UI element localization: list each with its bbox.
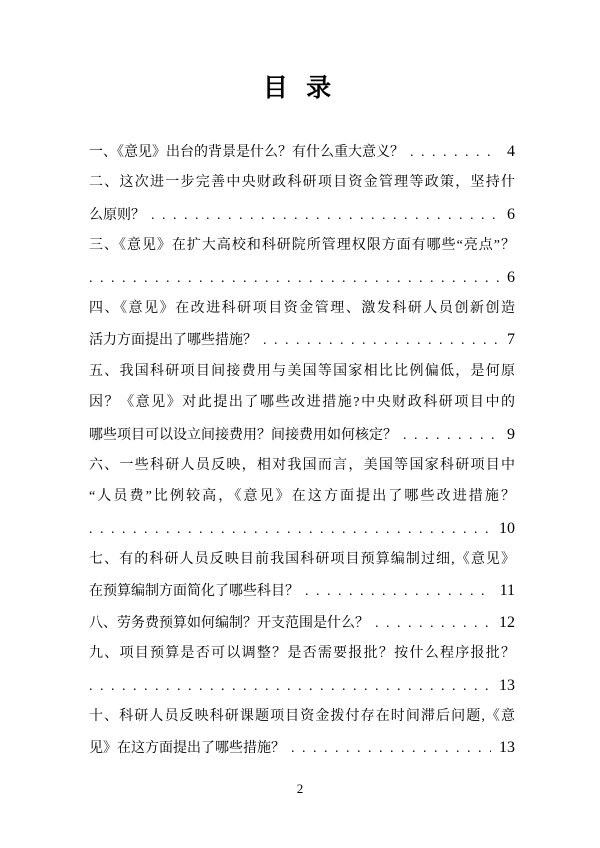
toc-line-text: 么原则？ bbox=[89, 200, 145, 230]
page-number: 12 bbox=[499, 607, 515, 638]
toc-line-text: 八、劳务费预算如何编制？开支范围是什么？ bbox=[89, 608, 369, 638]
dot-leader: . . . . . . . . . . . . . . . . . . . . … bbox=[263, 325, 499, 355]
toc-line-text: 九、项目预算是否可以调整？是否需要报批？按什么程序报批？ bbox=[89, 638, 515, 669]
toc-line: 四、《意见》在改进科研项目资金管理、激发科研人员创新创造 bbox=[89, 293, 515, 324]
toc-line: . . . . . . . . . . . . . . . . . . . . … bbox=[89, 513, 515, 544]
dot-leader: . . . . . . . . . . . . . . . . . . . . … bbox=[291, 733, 491, 763]
dot-leader: . . . . . . . . . . . . . . . . . . . . … bbox=[89, 514, 491, 544]
toc-line: 五、我国科研项目间接费用与美国等国家相比比例偏低，是何原 bbox=[89, 356, 515, 387]
page-number: 11 bbox=[500, 575, 515, 606]
toc-line-text: 一、《意见》出台的背景是什么？有什么重大意义？ bbox=[89, 137, 404, 167]
toc-line-text: 七、有的科研人员反映目前我国科研项目预算编制过细,《意见》 bbox=[89, 544, 515, 575]
toc-title: 目 录 bbox=[0, 68, 600, 104]
toc-line-text: 见》在这方面提出了哪些措施？ bbox=[89, 733, 285, 763]
toc-line-text: 二、这次进一步完善中央财政科研项目资金管理等政策，坚持什 bbox=[89, 167, 515, 198]
toc-line: 三、《意见》在扩大高校和科研院所管理权限方面有哪些“亮点”？ bbox=[89, 230, 515, 261]
table-of-contents: 一、《意见》出台的背景是什么？有什么重大意义？ . . . . . . . . … bbox=[89, 136, 515, 764]
document-page: 目 录 一、《意见》出台的背景是什么？有什么重大意义？ . . . . . . … bbox=[0, 0, 600, 848]
dot-leader: . . . . . . . . . . . . . . . . . . . . … bbox=[305, 576, 492, 606]
toc-line: 一、《意见》出台的背景是什么？有什么重大意义？ . . . . . . . . … bbox=[89, 136, 515, 167]
toc-line-text: 哪些项目可以设立间接费用？间接费用如何核定？ bbox=[89, 420, 397, 450]
toc-line: 么原则？ . . . . . . . . . . . . . . . . . .… bbox=[89, 199, 515, 230]
toc-line: 八、劳务费预算如何编制？开支范围是什么？ . . . . . . . . . .… bbox=[89, 607, 515, 638]
toc-line: 七、有的科研人员反映目前我国科研项目预算编制过细,《意见》 bbox=[89, 544, 515, 575]
dot-leader: . . . . . . . . . . . . . . . . . . . . … bbox=[89, 263, 499, 293]
toc-line: 在预算编制方面简化了哪些科目？ . . . . . . . . . . . . … bbox=[89, 575, 515, 606]
toc-line-text: 三、《意见》在扩大高校和科研院所管理权限方面有哪些“亮点”？ bbox=[89, 230, 515, 261]
toc-line: . . . . . . . . . . . . . . . . . . . . … bbox=[89, 670, 515, 701]
page-number: 6 bbox=[507, 199, 515, 230]
toc-line: 十、科研人员反映科研课题项目资金拨付存在时间滞后问题,《意 bbox=[89, 701, 515, 732]
toc-line-text: 五、我国科研项目间接费用与美国等国家相比比例偏低，是何原 bbox=[89, 356, 515, 387]
toc-line-text: 六、一些科研人员反映，相对我国而言，美国等国家科研项目中 bbox=[89, 450, 515, 481]
page-number: 9 bbox=[507, 419, 515, 450]
toc-line: 活力方面提出了哪些措施？ . . . . . . . . . . . . . .… bbox=[89, 324, 515, 355]
footer-page-number: 2 bbox=[0, 781, 600, 797]
dot-leader: . . . . . . . . . . . . . . . . . . . . … bbox=[403, 420, 499, 450]
page-number: 4 bbox=[507, 136, 515, 167]
page-number: 7 bbox=[507, 324, 515, 355]
toc-line: . . . . . . . . . . . . . . . . . . . . … bbox=[89, 262, 515, 293]
toc-line: 哪些项目可以设立间接费用？间接费用如何核定？ . . . . . . . . .… bbox=[89, 419, 515, 450]
page-number: 13 bbox=[499, 732, 515, 763]
toc-line: 见》在这方面提出了哪些措施？ . . . . . . . . . . . . .… bbox=[89, 732, 515, 763]
toc-line-text: “人员费”比例较高，《意见》在这方面提出了哪些改进措施？ bbox=[89, 481, 515, 512]
toc-line: 因？《意见》对此提出了哪些改进措施?中央财政科研项目中的 bbox=[89, 387, 515, 418]
toc-line-text: 因？《意见》对此提出了哪些改进措施?中央财政科研项目中的 bbox=[89, 387, 515, 418]
toc-line-text: 在预算编制方面简化了哪些科目？ bbox=[89, 576, 299, 606]
toc-line-text: 十、科研人员反映科研课题项目资金拨付存在时间滞后问题,《意 bbox=[89, 701, 515, 732]
dot-leader: . . . . . . . . . . . . . . . . . . . . … bbox=[410, 137, 499, 167]
page-number: 10 bbox=[499, 513, 515, 544]
toc-line: 二、这次进一步完善中央财政科研项目资金管理等政策，坚持什 bbox=[89, 167, 515, 198]
dot-leader: . . . . . . . . . . . . . . . . . . . . … bbox=[375, 608, 491, 638]
toc-line: “人员费”比例较高，《意见》在这方面提出了哪些改进措施？ bbox=[89, 481, 515, 512]
page-number: 6 bbox=[507, 262, 515, 293]
page-number: 13 bbox=[499, 670, 515, 701]
dot-leader: . . . . . . . . . . . . . . . . . . . . … bbox=[89, 671, 491, 701]
toc-line: 九、项目预算是否可以调整？是否需要报批？按什么程序报批？ bbox=[89, 638, 515, 669]
toc-line-text: 四、《意见》在改进科研项目资金管理、激发科研人员创新创造 bbox=[89, 293, 515, 324]
toc-line: 六、一些科研人员反映，相对我国而言，美国等国家科研项目中 bbox=[89, 450, 515, 481]
dot-leader: . . . . . . . . . . . . . . . . . . . . … bbox=[151, 200, 499, 230]
toc-line-text: 活力方面提出了哪些措施？ bbox=[89, 325, 257, 355]
